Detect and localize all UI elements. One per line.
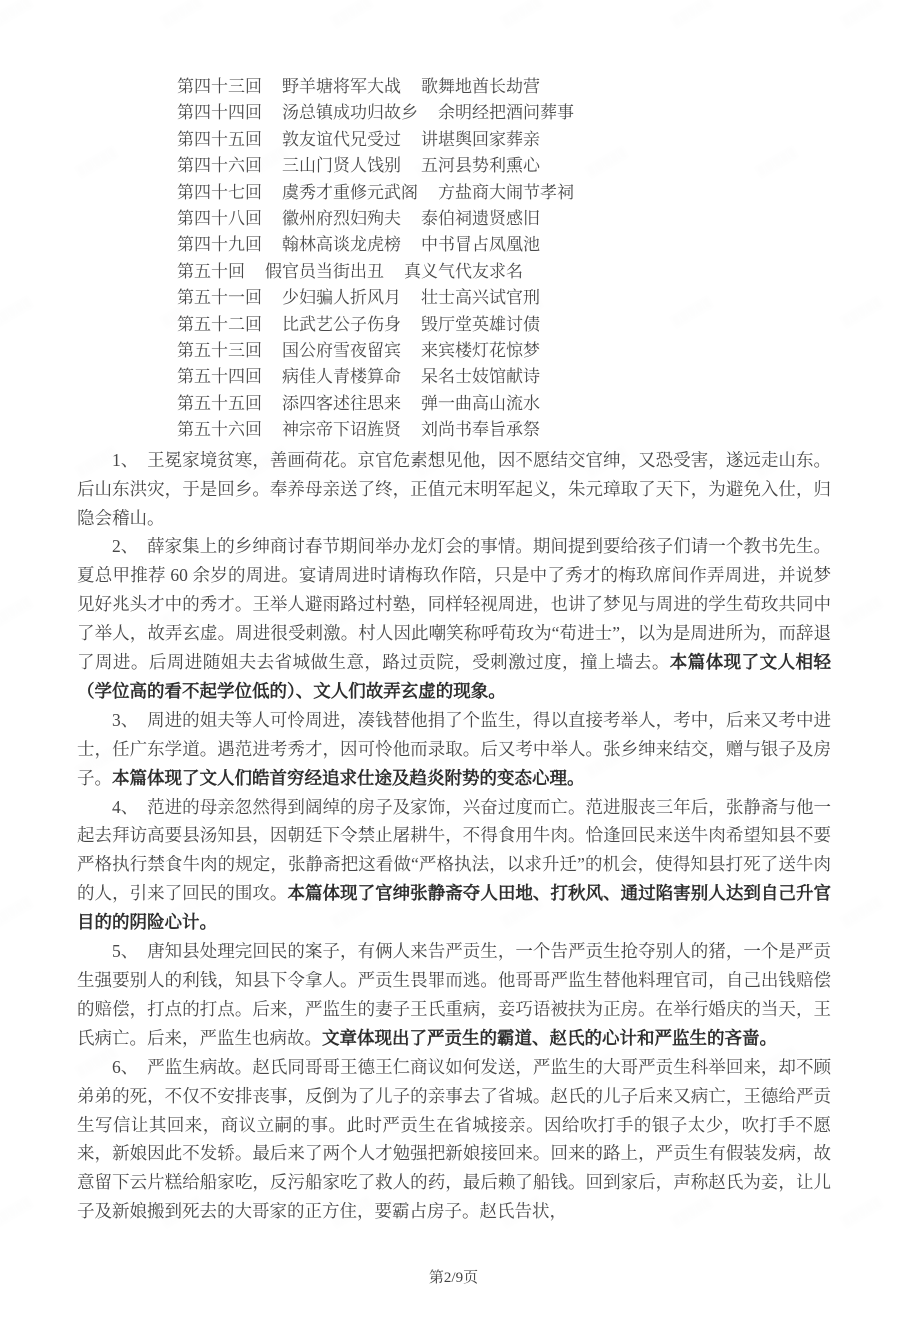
chapter-title-second: 中书冒占凤凰池 <box>421 235 540 254</box>
chapter-number: 第四十八回 <box>177 209 262 228</box>
chapter-title-second: 来宾楼灯花惊梦 <box>421 341 540 360</box>
summary-paragraph: 2、 薛家集上的乡绅商讨春节期间举办龙灯会的事情。期间提到要给孩子们请一个教书先… <box>77 532 831 705</box>
paragraph-text: 6、 严监生病故。赵氏同哥哥王德王仁商议如何发送，严监生的大哥严贡生科举回来，却… <box>77 1057 831 1222</box>
chapter-title-second: 毁厅堂英雄讨债 <box>421 315 540 334</box>
chapter-number: 第五十三回 <box>177 341 262 360</box>
chapter-title-second: 弹一曲高山流水 <box>421 394 540 413</box>
chapter-number: 第四十七回 <box>177 183 262 202</box>
paragraph-text: 1、 王冕家境贫寒，善画荷花。京官危素想见他，因不愿结交官绅，又恐受害，遂远走山… <box>77 450 831 528</box>
chapter-title-second: 余明经把酒问葬事 <box>438 103 574 122</box>
chapter-number: 第五十一回 <box>177 288 262 307</box>
chapter-row: 第四十六回三山门贤人饯别五河县势利熏心 <box>177 153 907 179</box>
chapter-title-second: 刘尚书奉旨承祭 <box>421 420 540 439</box>
chapter-title-first: 假官员当街出丑 <box>265 262 384 281</box>
chapter-number: 第五十五回 <box>177 394 262 413</box>
chapter-list: 第四十三回野羊塘将军大战歌舞地酋长劫营第四十四回汤总镇成功归故乡余明经把酒问葬事… <box>177 0 907 444</box>
emphasis-text: 文章体现出了严贡生的霸道、赵氏的心计和严监生的吝啬。 <box>322 1028 777 1048</box>
chapter-title-second: 壮士高兴试官刑 <box>421 288 540 307</box>
summary-paragraphs: 1、 王冕家境贫寒，善画荷花。京官危素想见他，因不愿结交官绅，又恐受害，遂远走山… <box>77 446 831 1226</box>
chapter-title-second: 五河县势利熏心 <box>421 156 540 175</box>
chapter-row: 第四十四回汤总镇成功归故乡余明经把酒问葬事 <box>177 100 907 126</box>
chapter-number: 第四十九回 <box>177 235 262 254</box>
chapter-number: 第四十五回 <box>177 130 262 149</box>
document-content: 第四十三回野羊塘将军大战歌舞地酋长劫营第四十四回汤总镇成功归故乡余明经把酒问葬事… <box>0 0 907 1226</box>
chapter-title-second: 真义气代友求名 <box>404 262 523 281</box>
chapter-number: 第四十四回 <box>177 103 262 122</box>
chapter-title-first: 徽州府烈妇殉夫 <box>282 209 401 228</box>
chapter-number: 第五十六回 <box>177 420 262 439</box>
summary-paragraph: 6、 严监生病故。赵氏同哥哥王德王仁商议如何发送，严监生的大哥严贡生科举回来，却… <box>77 1053 831 1226</box>
chapter-row: 第五十三回国公府雪夜留宾来宾楼灯花惊梦 <box>177 338 907 364</box>
summary-paragraph: 1、 王冕家境贫寒，善画荷花。京官危素想见他，因不愿结交官绅，又恐受害，遂远走山… <box>77 446 831 533</box>
chapter-title-first: 神宗帝下诏旌贤 <box>282 420 401 439</box>
chapter-row: 第五十六回神宗帝下诏旌贤刘尚书奉旨承祭 <box>177 417 907 443</box>
emphasis-text: 本篇体现了文人们皓首穷经追求仕途及趋炎附势的变态心理。 <box>112 768 585 788</box>
chapter-title-first: 病佳人青楼算命 <box>282 367 401 386</box>
chapter-number: 第四十三回 <box>177 77 262 96</box>
chapter-title-first: 汤总镇成功归故乡 <box>282 103 418 122</box>
chapter-row: 第五十四回病佳人青楼算命呆名士妓馆献诗 <box>177 364 907 390</box>
chapter-title-second: 歌舞地酋长劫营 <box>421 77 540 96</box>
chapter-title-first: 虞秀才重修元武阁 <box>282 183 418 202</box>
chapter-title-first: 翰林高谈龙虎榜 <box>282 235 401 254</box>
chapter-title-second: 方盐商大闹节孝祠 <box>438 183 574 202</box>
chapter-title-first: 国公府雪夜留宾 <box>282 341 401 360</box>
chapter-row: 第五十二回比武艺公子伤身毁厅堂英雄讨债 <box>177 312 907 338</box>
chapter-title-first: 少妇骗人折风月 <box>282 288 401 307</box>
document-page: ░░░░░░░░░░░░░░░░░░░░░░░░░░░░░░░░░░░░░░░░… <box>0 0 907 1317</box>
chapter-title-first: 比武艺公子伤身 <box>282 315 401 334</box>
summary-paragraph: 4、 范进的母亲忽然得到阔绰的房子及家饰，兴奋过度而亡。范进服丧三年后，张静斋与… <box>77 793 831 938</box>
chapter-title-first: 野羊塘将军大战 <box>282 77 401 96</box>
chapter-row: 第四十九回翰林高谈龙虎榜中书冒占凤凰池 <box>177 232 907 258</box>
chapter-row: 第五十五回添四客述往思来弹一曲高山流水 <box>177 391 907 417</box>
chapter-number: 第四十六回 <box>177 156 262 175</box>
chapter-row: 第五十一回少妇骗人折风月壮士高兴试官刑 <box>177 285 907 311</box>
chapter-row: 第四十三回野羊塘将军大战歌舞地酋长劫营 <box>177 74 907 100</box>
summary-paragraph: 3、 周进的姐夫等人可怜周进，凑钱替他捐了个监生，得以直接考举人，考中，后来又考… <box>77 706 831 793</box>
chapter-row: 第四十七回虞秀才重修元武阁方盐商大闹节孝祠 <box>177 180 907 206</box>
chapter-number: 第五十四回 <box>177 367 262 386</box>
chapter-row: 第四十五回敦友谊代兄受过讲堪舆回家葬亲 <box>177 127 907 153</box>
chapter-row: 第五十回假官员当街出丑真义气代友求名 <box>177 259 907 285</box>
chapter-title-second: 呆名士妓馆献诗 <box>421 367 540 386</box>
chapter-title-first: 敦友谊代兄受过 <box>282 130 401 149</box>
chapter-row: 第四十八回徽州府烈妇殉夫泰伯祠遗贤感旧 <box>177 206 907 232</box>
chapter-number: 第五十回 <box>177 262 245 281</box>
page-footer: 第2/9页 <box>0 1266 907 1287</box>
page-number: 第2/9页 <box>429 1270 478 1286</box>
chapter-title-second: 讲堪舆回家葬亲 <box>421 130 540 149</box>
chapter-title-first: 添四客述往思来 <box>282 394 401 413</box>
chapter-number: 第五十二回 <box>177 315 262 334</box>
chapter-title-first: 三山门贤人饯别 <box>282 156 401 175</box>
chapter-title-second: 泰伯祠遗贤感旧 <box>421 209 540 228</box>
summary-paragraph: 5、 唐知县处理完回民的案子，有俩人来告严贡生，一个告严贡生抢夺别人的猪，一个是… <box>77 937 831 1053</box>
